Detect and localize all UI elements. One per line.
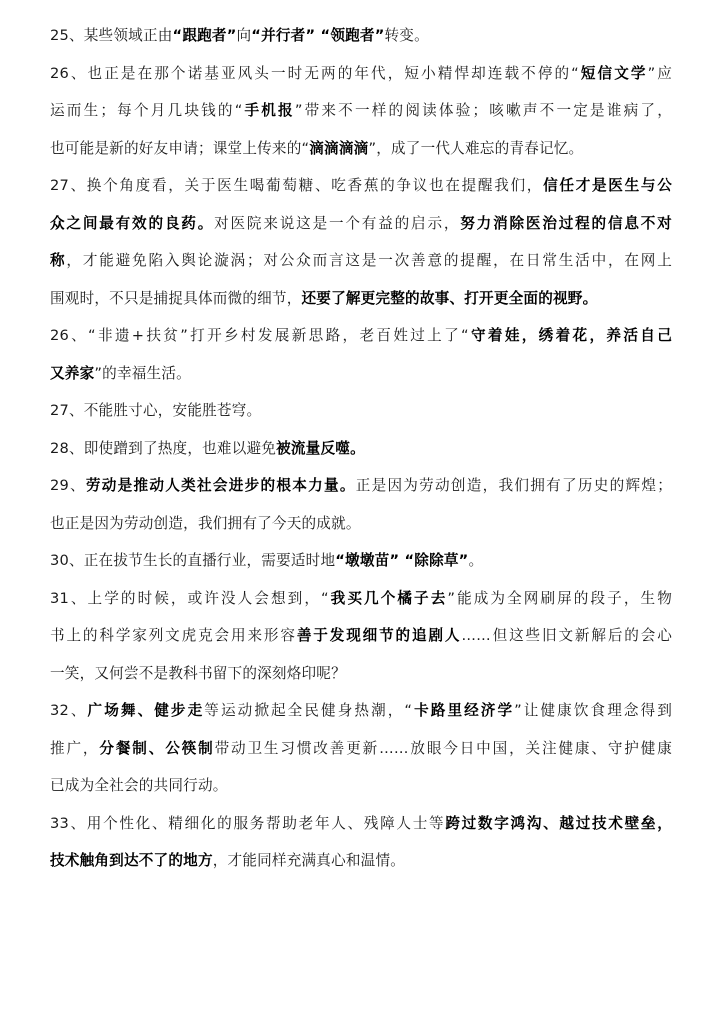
text-segment: 正是因为劳动创造，我们拥有了历史的辉煌；	[356, 477, 672, 494]
text-line: 已成为全社会的共同行动。	[50, 772, 672, 810]
text-segment: 30、正在拔节生长的直播行业，需要适时地	[50, 552, 335, 569]
text-segment: 31、上学的时候，或许没人会想到，“	[50, 590, 329, 607]
text-line: 技术触角到达不了的地方，才能同样充满真心和温情。	[50, 847, 672, 885]
text-line: 又养家”的幸福生活。	[50, 360, 672, 398]
bold-phrase: 守着娃，绣着花，养活自己	[469, 327, 672, 344]
bold-phrase: 短信文学	[579, 65, 648, 82]
text-line: 运而生；每个月几块钱的“手机报”带来不一样的阅读体验；咳嗽声不一定是谁病了，	[50, 97, 672, 135]
text-line: 31、上学的时候，或许没人会想到，“我买几个橘子去”能成为全网刷屏的段子，生物	[50, 585, 672, 623]
text-line: 围观时，不只是捕捉具体而微的细节，还要了解更完整的故事、打开更全面的视野。	[50, 285, 672, 323]
bold-phrase: 跨过数字鸿沟、越过技术壁垒，	[445, 815, 672, 832]
text-segment: ”应	[648, 65, 672, 82]
bold-phrase: “墩墩苗” “除除草”	[335, 552, 468, 569]
text-segment: ”的幸福生活。	[94, 365, 191, 382]
bold-phrase: 卡路里经济学	[412, 702, 514, 719]
bold-phrase: 劳动是推动人类社会进步的根本力量。	[86, 477, 356, 494]
text-line: 推广，分餐制、公筷制带动卫生习惯改善更新……放眼今日中国，关注健康、守护健康	[50, 735, 672, 773]
text-segment: 对医院来说这是一个有益的启示，	[214, 215, 460, 232]
text-segment: ”能成为全网刷屏的段子，生物	[447, 590, 672, 607]
bold-phrase: 称	[50, 252, 66, 269]
bold-phrase: 信任才是医生与公	[543, 177, 672, 194]
text-segment: 26、“非遗+扶贫”打开乡村发展新思路，老百姓过上了“	[50, 327, 469, 344]
bold-phrase: 善于发现细节的追剧人	[297, 627, 462, 644]
bold-phrase: 努力消除医治过程的信息不对	[460, 215, 672, 232]
text-line: 26、也正是在那个诺基亚风头一时无两的年代，短小精悍却连载不停的“短信文学”应	[50, 60, 672, 98]
text-line: 也可能是新的好友申请；课堂上传来的“滴滴滴滴”，成了一代人难忘的青春记忆。	[50, 135, 672, 173]
bold-phrase: 又养家	[50, 365, 94, 382]
text-segment: 28、即使蹭到了热度，也难以避免	[50, 440, 276, 457]
bold-phrase: “并行者” “领跑者”	[251, 27, 384, 44]
text-segment: ，才能避免陷入舆论漩涡；对公众而言这是一次善意的提醒，在日常生活中，在网上	[66, 252, 672, 269]
text-segment: 等运动掀起全民健身热潮，“	[204, 702, 412, 719]
text-segment: 29、	[50, 477, 86, 494]
bold-phrase: 滴滴滴滴	[309, 140, 368, 157]
text-segment: 推广，	[50, 740, 99, 757]
text-line: 28、即使蹭到了热度，也难以避免被流量反噬。	[50, 435, 672, 473]
bold-phrase: 我买几个橘子去	[329, 590, 448, 607]
text-line: 32、广场舞、健步走等运动掀起全民健身热潮，“卡路里经济学”让健康饮食理念得到	[50, 697, 672, 735]
bold-phrase: 还要了解更完整的故事、打开更全面的视野。	[302, 290, 598, 307]
bold-phrase: 技术触角到达不了的地方	[50, 852, 213, 869]
text-segment: 也正是因为劳动创造，我们拥有了今天的成就。	[50, 515, 361, 532]
text-segment: 32、	[50, 702, 88, 719]
text-segment: 已成为全社会的共同行动。	[50, 777, 228, 794]
text-line: 书上的科学家列文虎克会用来形容善于发现细节的追剧人……但这些旧文新解后的会心	[50, 622, 672, 660]
text-line: 26、“非遗+扶贫”打开乡村发展新思路，老百姓过上了“守着娃，绣着花，养活自己	[50, 322, 672, 360]
bold-phrase: 众之间最有效的良药。	[50, 215, 214, 232]
text-segment: 带动卫生习惯改善更新……放眼今日中国，关注健康、守护健康	[215, 740, 672, 757]
text-segment: 运而生；每个月几块钱的“	[50, 102, 242, 119]
text-segment: ”让健康饮食理念得到	[514, 702, 672, 719]
text-segment: ……但这些旧文新解后的会心	[461, 627, 672, 644]
bold-phrase: 分餐制、公筷制	[99, 740, 214, 757]
text-segment: 33、用个性化、精细化的服务帮助老年人、残障人士等	[50, 815, 445, 832]
text-segment: ”带来不一样的阅读体验；咳嗽声不一定是谁病了，	[295, 102, 672, 119]
text-segment: 27、不能胜寸心，安能胜苍穹。	[50, 402, 261, 419]
text-segment: 围观时，不只是捕捉具体而微的细节，	[50, 290, 302, 307]
text-segment: ”，成了一代人难忘的青春记忆。	[368, 140, 583, 157]
text-segment: 26、也正是在那个诺基亚风头一时无两的年代，短小精悍却连载不停的“	[50, 65, 579, 82]
bold-phrase: 广场舞、健步走	[88, 702, 205, 719]
text-segment: 转变。	[385, 27, 429, 44]
text-line: 27、不能胜寸心，安能胜苍穹。	[50, 397, 672, 435]
text-line: 也正是因为劳动创造，我们拥有了今天的成就。	[50, 510, 672, 548]
text-segment: 也可能是新的好友申请；课堂上传来的“	[50, 140, 309, 157]
text-line: 一笑，又何尝不是教科书留下的深刻烙印呢？	[50, 660, 672, 698]
bold-phrase: 手机报	[242, 102, 294, 119]
bold-phrase: “跟跑者”	[173, 27, 237, 44]
text-line: 27、换个角度看，关于医生喝葡萄糖、吃香蕉的争议也在提醒我们，信任才是医生与公	[50, 172, 672, 210]
bold-phrase: 被流量反噬。	[276, 440, 365, 457]
text-segment: 书上的科学家列文虎克会用来形容	[50, 627, 297, 644]
text-line: 称，才能避免陷入舆论漩涡；对公众而言这是一次善意的提醒，在日常生活中，在网上	[50, 247, 672, 285]
text-line: 33、用个性化、精细化的服务帮助老年人、残障人士等跨过数字鸿沟、越过技术壁垒，	[50, 810, 672, 848]
text-line: 25、某些领域正由“跟跑者”向“并行者” “领跑者”转变。	[50, 22, 672, 60]
text-segment: 。	[468, 552, 483, 569]
text-segment: ，才能同样充满真心和温情。	[213, 852, 405, 869]
text-segment: 向	[237, 27, 252, 44]
text-line: 30、正在拔节生长的直播行业，需要适时地“墩墩苗” “除除草”。	[50, 547, 672, 585]
text-segment: 25、某些领域正由	[50, 27, 173, 44]
text-line: 众之间最有效的良药。对医院来说这是一个有益的启示，努力消除医治过程的信息不对	[50, 210, 672, 248]
document-page: 25、某些领域正由“跟跑者”向“并行者” “领跑者”转变。26、也正是在那个诺基…	[50, 22, 672, 885]
text-line: 29、劳动是推动人类社会进步的根本力量。正是因为劳动创造，我们拥有了历史的辉煌；	[50, 472, 672, 510]
text-segment: 一笑，又何尝不是教科书留下的深刻烙印呢？	[50, 665, 346, 682]
text-segment: 27、换个角度看，关于医生喝葡萄糖、吃香蕉的争议也在提醒我们，	[50, 177, 543, 194]
